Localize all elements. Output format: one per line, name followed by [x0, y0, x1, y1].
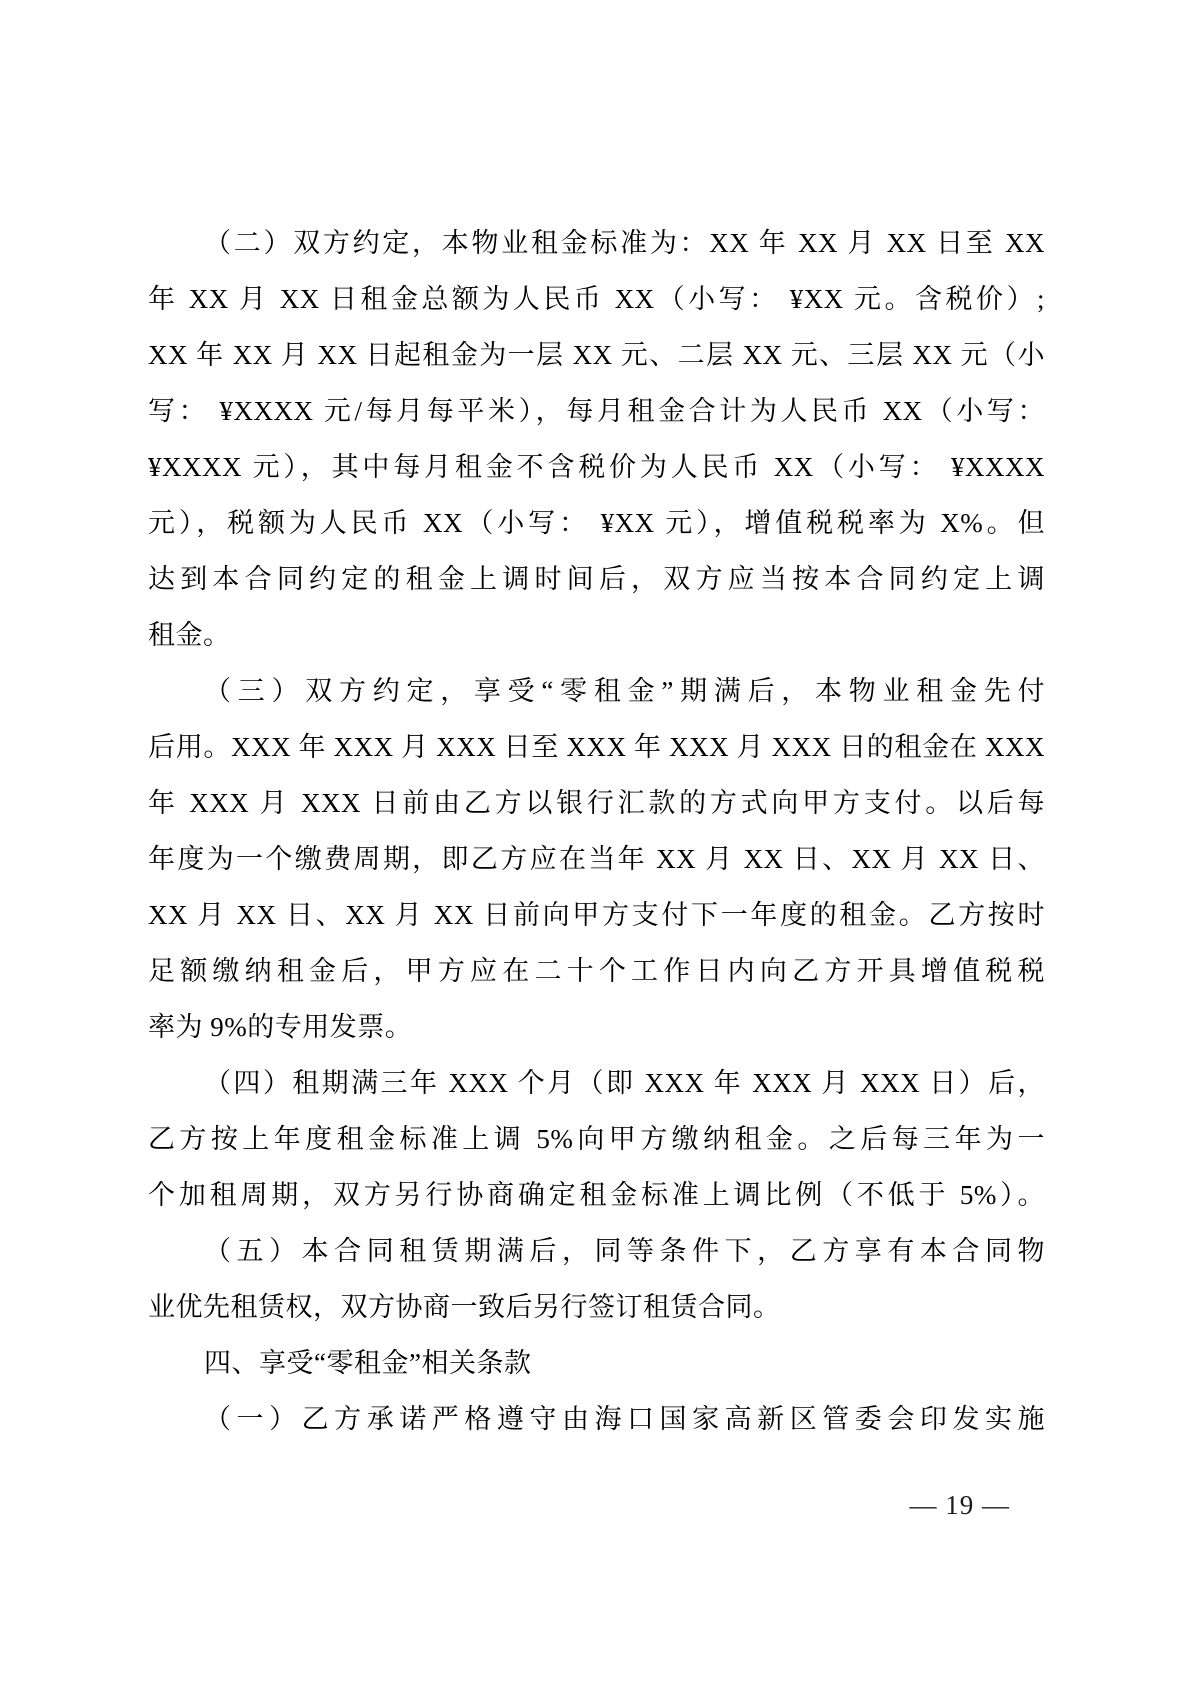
text-line: （一）乙方承诺严格遵守由海口国家高新区管委会印发实施 — [148, 1391, 1045, 1447]
text-line: 写： ¥XXXX 元/每月每平米），每月租金合计为人民币 XX（小写： — [148, 383, 1045, 439]
text-line: （四）租期满三年 XXX 个月（即 XXX 年 XXX 月 XXX 日）后， — [148, 1055, 1045, 1111]
text-line: 年 XX 月 XX 日租金总额为人民币 XX（小写： ¥XX 元。含税价）; — [148, 271, 1045, 327]
page-footer: — 19 — — [910, 1488, 1011, 1522]
section-heading: 四、享受“零租金”相关条款 — [148, 1335, 1045, 1391]
document-page: （二）双方约定，本物业租金标准为：XX 年 XX 月 XX 日至 XX 年 XX… — [0, 0, 1191, 1684]
text-line: 业优先租赁权，双方协商一致后另行签订租赁合同。 — [148, 1279, 1045, 1335]
text-line: （二）双方约定，本物业租金标准为：XX 年 XX 月 XX 日至 XX — [148, 215, 1045, 271]
text-line: 足额缴纳租金后，甲方应在二十个工作日内向乙方开具增值税税 — [148, 943, 1045, 999]
text-line: ¥XXXX 元），其中每月租金不含税价为人民币 XX（小写： ¥XXXX — [148, 439, 1045, 495]
text-line: 率为 9%的专用发票。 — [148, 999, 1045, 1055]
text-line: 租金。 — [148, 607, 1045, 663]
text-line: 年 XXX 月 XXX 日前由乙方以银行汇款的方式向甲方支付。以后每 — [148, 775, 1045, 831]
text-line: XX 年 XX 月 XX 日起租金为一层 XX 元、二层 XX 元、三层 XX … — [148, 327, 1045, 383]
text-line: 年度为一个缴费周期，即乙方应在当年 XX 月 XX 日、XX 月 XX 日、 — [148, 831, 1045, 887]
text-line: 个加租周期，双方另行协商确定租金标准上调比例（不低于 5%）。 — [148, 1167, 1045, 1223]
contract-body: （二）双方约定，本物业租金标准为：XX 年 XX 月 XX 日至 XX 年 XX… — [148, 215, 1045, 1447]
text-line: 后用。XXX 年 XXX 月 XXX 日至 XXX 年 XXX 月 XXX 日的… — [148, 719, 1045, 775]
text-line: 元），税额为人民币 XX（小写： ¥XX 元），增值税税率为 X%。但 — [148, 495, 1045, 551]
text-line: 乙方按上年度租金标准上调 5%向甲方缴纳租金。之后每三年为一 — [148, 1111, 1045, 1167]
page-number: — 19 — — [910, 1490, 1011, 1520]
text-line: （五）本合同租赁期满后，同等条件下，乙方享有本合同物 — [148, 1223, 1045, 1279]
text-line: （三）双方约定，享受“零租金”期满后，本物业租金先付 — [148, 663, 1045, 719]
text-line: 达到本合同约定的租金上调时间后，双方应当按本合同约定上调 — [148, 551, 1045, 607]
text-line: XX 月 XX 日、XX 月 XX 日前向甲方支付下一年度的租金。乙方按时 — [148, 887, 1045, 943]
